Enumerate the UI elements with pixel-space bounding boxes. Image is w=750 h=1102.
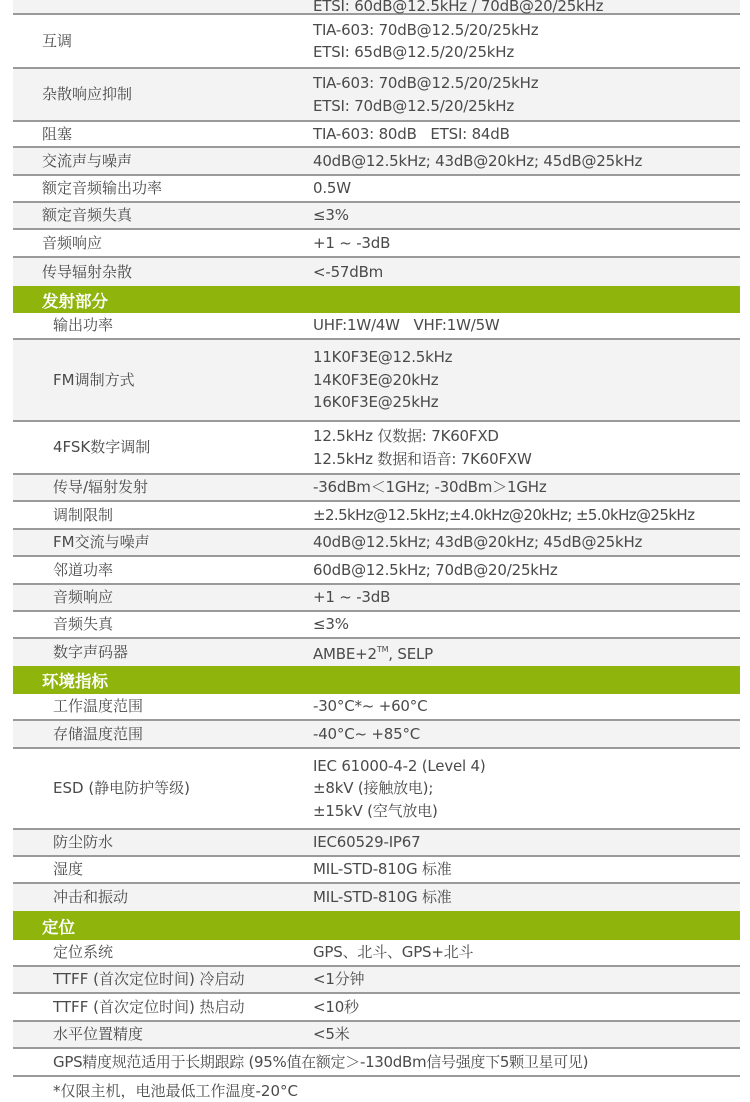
spec-label: TTFF (首次定位时间) 冷启动 xyxy=(13,968,313,991)
spec-value: 12.5kHz 仅数据: 7K60FXD12.5kHz 数据和语音: 7K60F… xyxy=(313,425,740,470)
spec-row-spurious-rejection: 杂散响应抑制 TIA-603: 70dB@12.5/20/25kHzETSI: … xyxy=(13,69,740,122)
spec-row-modulation-limit: 调制限制 ±2.5kHz@12.5kHz;±4.0kHz@20kHz; ±5.0… xyxy=(13,502,740,530)
spec-label: 邻道功率 xyxy=(13,559,313,582)
spec-row-tx-audio-response: 音频响应 +1 ~ -3dB xyxy=(13,585,740,612)
spec-value: 40dB@12.5kHz; 43dB@20kHz; 45dB@25kHz xyxy=(313,150,740,173)
spec-value: ≤3% xyxy=(313,204,740,227)
spec-row-conducted-spurious: 传导辐射杂散 <-57dBm xyxy=(13,258,740,286)
spec-row-ip-rating: 防尘防水 IEC60529-IP67 xyxy=(13,830,740,857)
section-title: 发射部分 xyxy=(42,288,108,312)
spec-label: 传导辐射杂散 xyxy=(13,261,313,284)
spec-label: 湿度 xyxy=(13,858,313,881)
spec-value: 40dB@12.5kHz; 43dB@20kHz; 45dB@25kHz xyxy=(313,531,740,554)
spec-row-hum-noise: 交流声与噪声 40dB@12.5kHz; 43dB@20kHz; 45dB@25… xyxy=(13,148,740,176)
spec-value: ±2.5kHz@12.5kHz;±4.0kHz@20kHz; ±5.0kHz@2… xyxy=(313,504,740,527)
spec-value: MIL-STD-810G 标准 xyxy=(313,858,740,881)
spec-label: ESD (静电防护等级) xyxy=(13,777,313,800)
spec-label: 工作温度范围 xyxy=(13,695,313,718)
spec-value: TIA-603: 70dB@12.5/20/25kHzETSI: 65dB@12… xyxy=(313,19,740,64)
spec-value: <-57dBm xyxy=(313,261,740,284)
spec-value: -40°C~ +85°C xyxy=(313,723,740,746)
spec-label: 存储温度范围 xyxy=(13,723,313,746)
spec-row-tx-audio-distortion: 音频失真 ≤3% xyxy=(13,612,740,639)
spec-value: AMBE+2TM, SELP xyxy=(313,639,740,666)
spec-row-blocking: 阻塞 TIA-603: 80dB ETSI: 84dB xyxy=(13,122,740,148)
spec-value: 11K0F3E@12.5kHz14K0F3E@20kHz16K0F3E@25kH… xyxy=(313,346,740,414)
spec-label: 防尘防水 xyxy=(13,831,313,854)
spec-value: IEC60529-IP67 xyxy=(313,831,740,854)
spec-row-ttff-cold: TTFF (首次定位时间) 冷启动 <1分钟 xyxy=(13,967,740,994)
spec-row-adjacent-power: 邻道功率 60dB@12.5kHz; 70dB@20/25kHz xyxy=(13,557,740,585)
spec-value: ≤3% xyxy=(313,613,740,636)
spec-row-intermodulation: 互调 TIA-603: 70dB@12.5/20/25kHzETSI: 65dB… xyxy=(13,15,740,69)
section-title: 定位 xyxy=(42,914,75,938)
spec-label: 定位系统 xyxy=(13,941,313,964)
spec-value: -30°C*~ +60°C xyxy=(313,695,740,718)
spec-label: 阻塞 xyxy=(13,123,313,146)
spec-row-audio-output: 额定音频输出功率 0.5W xyxy=(13,176,740,203)
spec-row-audio-response: 音频响应 +1 ~ -3dB xyxy=(13,230,740,258)
section-header-environment: 环境指标 xyxy=(13,666,740,694)
spec-label: 额定音频失真 xyxy=(13,204,313,227)
spec-label: 4FSK数字调制 xyxy=(13,436,313,459)
spec-value: IEC 61000-4-2 (Level 4)±8kV (接触放电);±15kV… xyxy=(313,755,740,823)
section-header-transmit: 发射部分 xyxy=(13,286,740,313)
section-header-positioning: 定位 xyxy=(13,911,740,940)
spec-value: GPS、北斗、GPS+北斗 xyxy=(313,941,740,964)
spec-label: 额定音频输出功率 xyxy=(13,177,313,200)
section-title: 环境指标 xyxy=(42,668,108,692)
spec-label: 互调 xyxy=(13,30,313,53)
spec-row-positioning-system: 定位系统 GPS、北斗、GPS+北斗 xyxy=(13,940,740,967)
spec-label: FM交流与噪声 xyxy=(13,531,313,554)
spec-value: <1分钟 xyxy=(313,968,740,991)
spec-row-4fsk-modulation: 4FSK数字调制 12.5kHz 仅数据: 7K60FXD12.5kHz 数据和… xyxy=(13,422,740,475)
spec-row-operating-temp: 工作温度范围 -30°C*~ +60°C xyxy=(13,694,740,721)
spec-row-fm-hum-noise: FM交流与噪声 40dB@12.5kHz; 43dB@20kHz; 45dB@2… xyxy=(13,530,740,557)
spec-label: 音频响应 xyxy=(13,586,313,609)
spec-value: 0.5W xyxy=(313,177,740,200)
spec-label: 音频响应 xyxy=(13,232,313,255)
spec-row-audio-distortion: 额定音频失真 ≤3% xyxy=(13,203,740,230)
spec-label: 交流声与噪声 xyxy=(13,150,313,173)
spec-row-partial: ETSI: 60dB@12.5kHz / 70dB@20/25kHz xyxy=(13,0,740,15)
spec-row-storage-temp: 存储温度范围 -40°C~ +85°C xyxy=(13,721,740,749)
spec-value: TIA-603: 80dB ETSI: 84dB xyxy=(313,123,740,146)
spec-label: 杂散响应抑制 xyxy=(13,83,313,106)
spec-value: <10秒 xyxy=(313,996,740,1019)
spec-row-output-power: 输出功率 UHF:1W/4W VHF:1W/5W xyxy=(13,313,740,340)
spec-row-ttff-hot: TTFF (首次定位时间) 热启动 <10秒 xyxy=(13,994,740,1022)
spec-row-vocoder: 数字声码器 AMBE+2TM, SELP xyxy=(13,639,740,666)
spec-row-esd: ESD (静电防护等级) IEC 61000-4-2 (Level 4)±8kV… xyxy=(13,749,740,830)
spec-value: TIA-603: 70dB@12.5/20/25kHzETSI: 70dB@12… xyxy=(313,72,740,117)
spec-label: 调制限制 xyxy=(13,504,313,527)
spec-label: 输出功率 xyxy=(13,314,313,337)
spec-label: FM调制方式 xyxy=(13,369,313,392)
gps-accuracy-note: GPS精度规范适用于长期跟踪 (95%值在额定＞-130dBm信号强度下5颗卫星… xyxy=(13,1049,740,1077)
spec-label: 冲击和振动 xyxy=(13,886,313,909)
spec-label: TTFF (首次定位时间) 热启动 xyxy=(13,996,313,1019)
spec-row-shock-vibration: 冲击和振动 MIL-STD-810G 标准 xyxy=(13,884,740,911)
spec-value: +1 ~ -3dB xyxy=(313,232,740,255)
spec-label: 音频失真 xyxy=(13,613,313,636)
spec-value: UHF:1W/4W VHF:1W/5W xyxy=(313,314,740,337)
spec-value: +1 ~ -3dB xyxy=(313,586,740,609)
spec-row-horizontal-accuracy: 水平位置精度 <5米 xyxy=(13,1022,740,1049)
footnote: *仅限主机，电池最低工作温度-20°C xyxy=(53,1080,298,1101)
spec-label: 水平位置精度 xyxy=(13,1023,313,1046)
spec-label: 数字声码器 xyxy=(13,641,313,664)
spec-row-conducted-emission: 传导/辐射发射 -36dBm＜1GHz; -30dBm＞1GHz xyxy=(13,475,740,502)
spec-value: <5米 xyxy=(313,1023,740,1046)
spec-table: ETSI: 60dB@12.5kHz / 70dB@20/25kHz 互调 TI… xyxy=(13,0,740,1077)
spec-row-humidity: 湿度 MIL-STD-810G 标准 xyxy=(13,857,740,884)
spec-value: -36dBm＜1GHz; -30dBm＞1GHz xyxy=(313,476,740,499)
spec-value: MIL-STD-810G 标准 xyxy=(313,886,740,909)
spec-row-fm-modulation: FM调制方式 11K0F3E@12.5kHz14K0F3E@20kHz16K0F… xyxy=(13,340,740,422)
spec-value: 60dB@12.5kHz; 70dB@20/25kHz xyxy=(313,559,740,582)
spec-label: 传导/辐射发射 xyxy=(13,476,313,499)
